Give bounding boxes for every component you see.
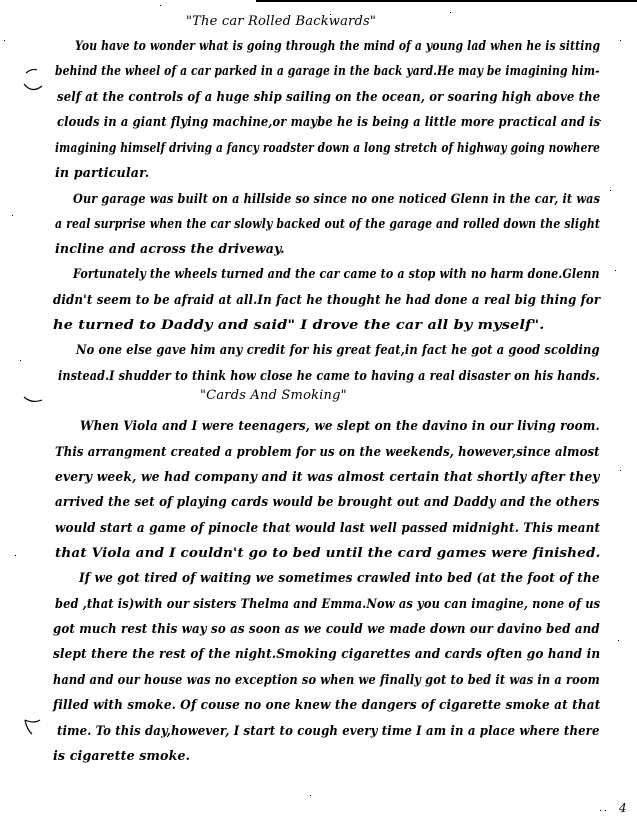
scan-speck [600, 810, 601, 811]
text-line: that Viola and I couldn't go to bed unti… [55, 545, 600, 560]
scan-speck [160, 5, 161, 6]
scan-speck [310, 795, 311, 796]
section-title-cards-and-smoking: "Cards And Smoking" [200, 388, 347, 403]
text-line: instead.I shudder to think how close he … [58, 368, 600, 383]
scan-speck [618, 640, 619, 641]
text-line: Our garage was built on a hillside so si… [73, 191, 600, 206]
scan-speck [12, 215, 13, 216]
scan-speck [605, 810, 606, 811]
text-line: bed ,that is)with our sisters Thelma and… [55, 596, 600, 611]
scan-speck [610, 190, 611, 191]
text-line: imagining himself driving a fancy roadst… [55, 140, 600, 155]
margin-bracket-mark [22, 714, 46, 738]
scan-speck [15, 555, 16, 556]
text-line: didn't seem to be afraid at all.In fact … [53, 292, 600, 307]
text-line: would start a game of pinocle that would… [55, 520, 600, 535]
text-line: incline and across the driveway. [55, 241, 285, 256]
text-line: slept there the rest of the night.Smokin… [53, 646, 600, 661]
text-line: No one else gave him any credit for his … [76, 342, 600, 357]
text-line: is cigarette smoke. [53, 748, 190, 763]
text-line: got much rest this way so as soon as we … [53, 621, 600, 636]
text-line: Fortunately the wheels turned and the ca… [73, 266, 600, 281]
text-line: self at the controls of a huge ship sail… [57, 89, 600, 104]
margin-bracket-mark [22, 392, 46, 408]
text-line: This arrangment created a problem for us… [55, 444, 600, 459]
text-line: he turned to Daddy and said" I drove the… [53, 317, 544, 332]
scan-speck [4, 40, 5, 41]
text-line: clouds in a giant flying machine,or mayb… [57, 114, 600, 129]
scan-speck [330, 14, 331, 15]
text-line: arrived the set of playing cards would b… [55, 494, 600, 509]
scan-speck [620, 40, 621, 41]
margin-bracket-mark [22, 64, 46, 94]
text-line: You have to wonder what is going through… [75, 38, 531, 53]
text-line: time. To this day,however, I start to co… [57, 723, 600, 738]
text-line: in particular. [55, 165, 149, 180]
scan-speck [20, 360, 21, 361]
scan-speck [450, 12, 451, 13]
text-line: every week, we had company and it was al… [55, 469, 600, 484]
text-line: filled with smoke. Of couse no one knew … [53, 697, 600, 712]
top-rule [256, 0, 637, 2]
scan-speck [620, 470, 621, 471]
scan-speck [615, 270, 616, 271]
text-line: behind the wheel of a car parked in a ga… [55, 63, 600, 78]
text-line: If we got tired of waiting we sometimes … [79, 570, 600, 585]
scan-speck [600, 120, 601, 121]
text-line: hand and our house was no exception so w… [53, 672, 600, 687]
page-number: 4 [619, 801, 627, 815]
text-line: a real surprise when the car slowly back… [55, 216, 600, 231]
text-line: When Viola and I were teenagers, we slep… [80, 418, 600, 433]
section-title-car-rolled-backwards: "The car Rolled Backwards" [186, 14, 376, 29]
